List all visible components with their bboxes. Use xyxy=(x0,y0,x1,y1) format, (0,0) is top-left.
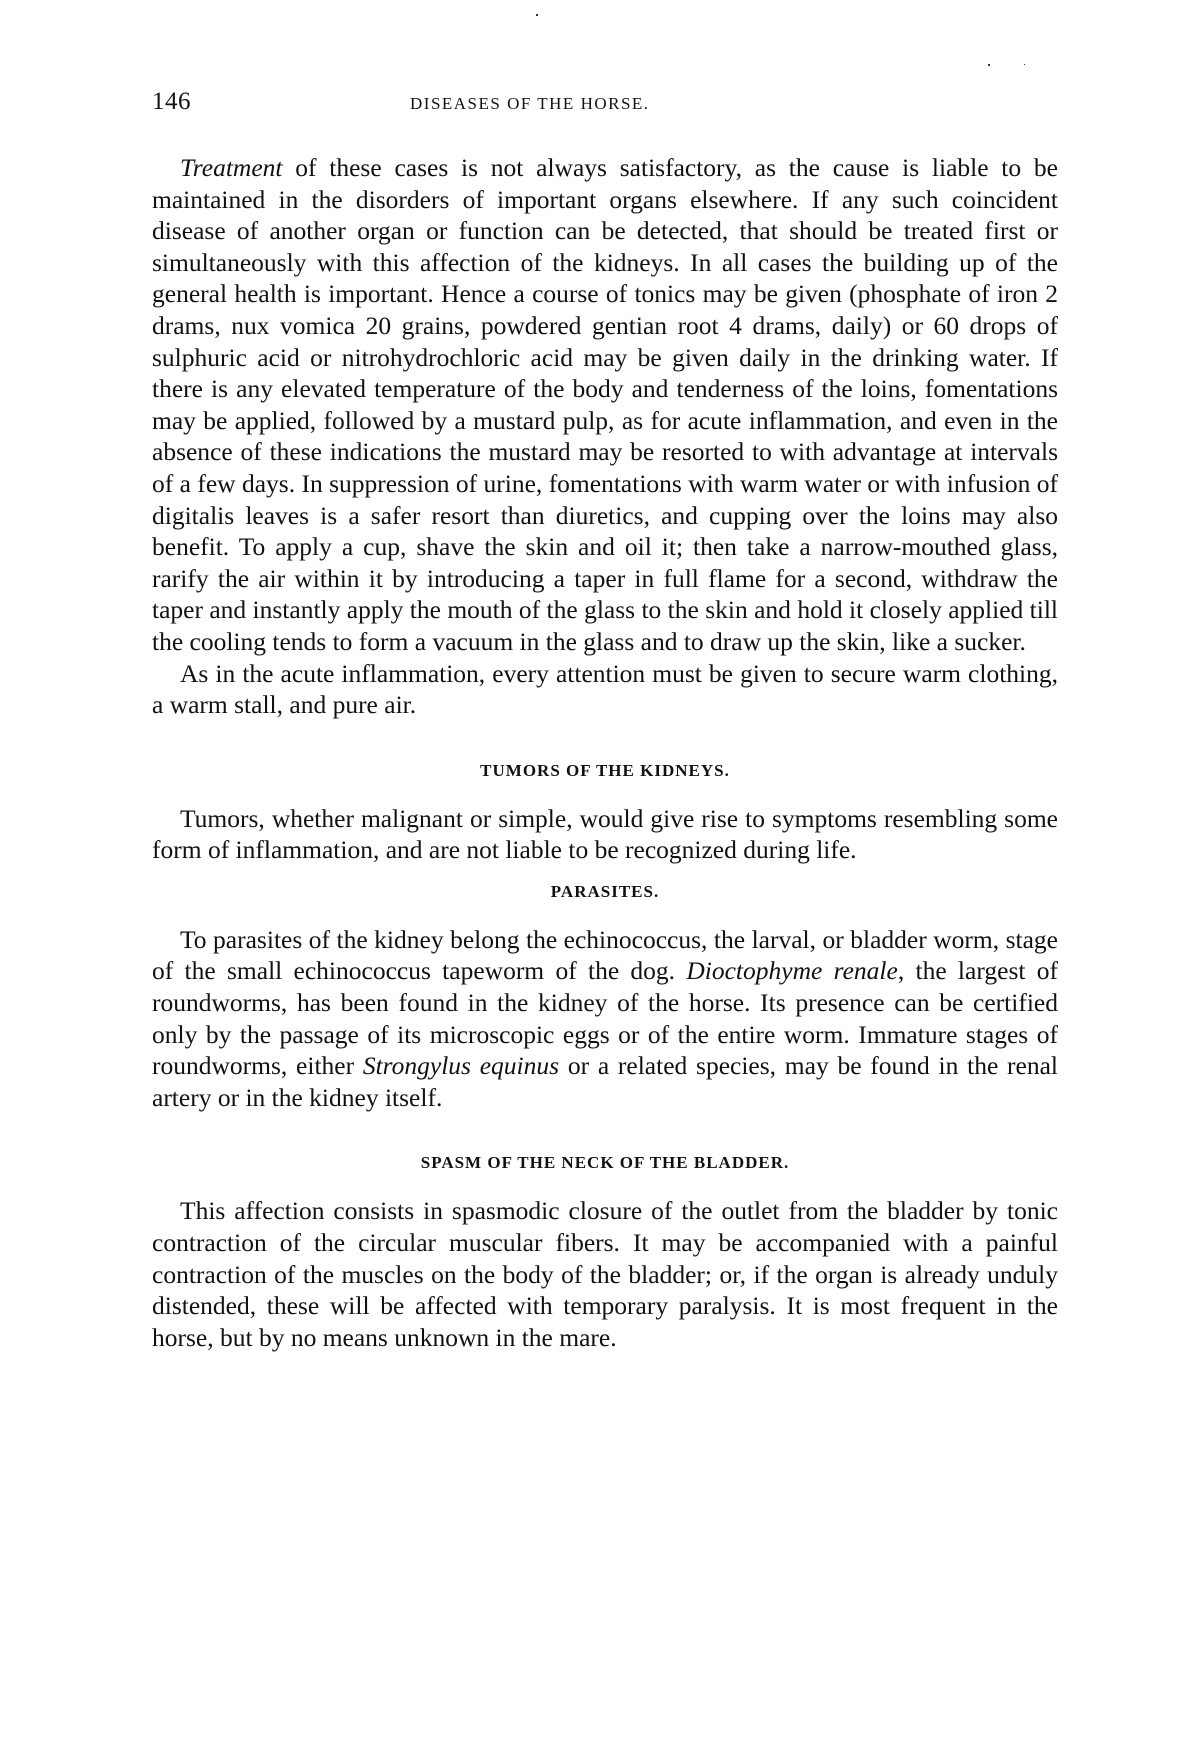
paragraph-spasm: This affection consists in spasmodic clo… xyxy=(152,1195,1058,1353)
italic-term-treatment: Treatment xyxy=(180,153,282,182)
paragraph-parasites: To parasites of the kidney belong the ec… xyxy=(152,924,1058,1114)
paragraph-text: of these cases is not always satisfactor… xyxy=(152,153,1058,656)
italic-species-dioctophyme: Dioctophyme renale xyxy=(686,956,897,985)
section-heading-parasites: PARASITES. xyxy=(152,882,1058,902)
running-head: 146 DISEASES OF THE HORSE. xyxy=(152,88,1058,128)
page-number: 146 xyxy=(152,88,191,116)
book-page: 146 DISEASES OF THE HORSE. Treatment of … xyxy=(152,88,1058,1353)
scan-speck xyxy=(1024,64,1025,65)
paragraph-tumors: Tumors, whether malignant or simple, wou… xyxy=(152,803,1058,866)
paragraph-treatment: Treatment of these cases is not always s… xyxy=(152,152,1058,658)
section-heading-spasm: SPASM OF THE NECK OF THE BLADDER. xyxy=(152,1153,1058,1173)
scan-speck xyxy=(536,14,538,16)
section-heading-tumors: TUMORS OF THE KIDNEYS. xyxy=(152,761,1058,781)
scan-speck xyxy=(988,64,990,66)
running-title: DISEASES OF THE HORSE. xyxy=(410,94,650,114)
italic-species-strongylus: Strongylus equinus xyxy=(363,1051,559,1080)
paragraph-warm-clothing: As in the acute inflammation, every atte… xyxy=(152,658,1058,721)
